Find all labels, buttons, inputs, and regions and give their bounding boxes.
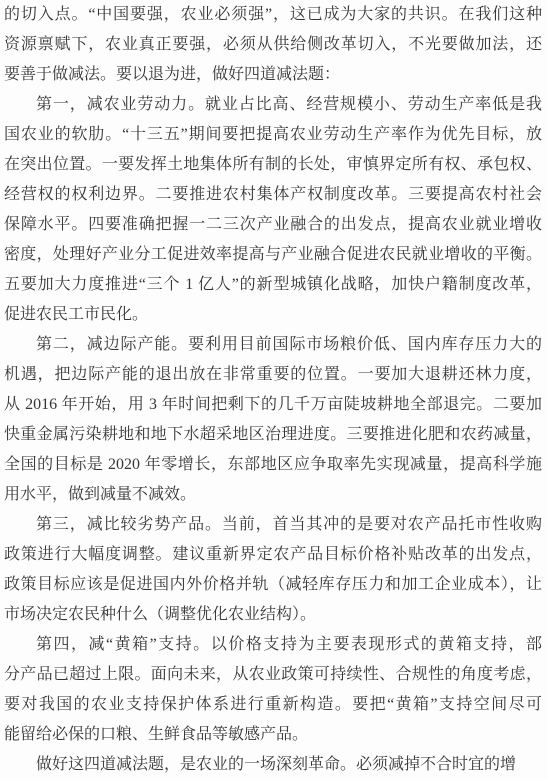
document-page: 的切入点。“中国要强，农业必须强”，这已成为大家的共识。在我们这种资源禀赋下，农… — [0, 0, 547, 781]
paragraph: 第三，减比较劣势产品。当前，首当其冲的是要对农产品托市性收购政策进行大幅度调整。… — [4, 510, 542, 630]
text-line: 能留给必保的口粮、生鲜食品等敏感产品。 — [4, 720, 542, 750]
paragraph: 第二，减边际产能。要利用目前国际市场粮价低、国内库存压力大的机遇，把边际产能的退… — [4, 330, 542, 510]
text-line: 政策目标应该是促进国内外价格并轨（减轻库存压力和加工企业成本），让 — [4, 570, 542, 600]
text-line: 做好这四道减法题，是农业的一场深刻革命。必须减掉不合时宜的增 — [4, 750, 542, 780]
text-line: 保障水平。四要准确把握一二三次产业融合的出发点，提高农业就业增收 — [4, 210, 542, 240]
text-line: 五要加大力度推进“三个 1 亿人”的新型城镇化战略，加快户籍制度改革， — [4, 270, 542, 300]
text-line: 政策进行大幅度调整。建议重新界定农产品目标价格补贴改革的出发点， — [4, 540, 542, 570]
text-line: 用水平，做到减量不减效。 — [4, 480, 542, 510]
text-line: 机遇，把边际产能的退出放在非常重要的位置。一要加大退耕还林力度， — [4, 360, 542, 390]
text-line: 的切入点。“中国要强，农业必须强”，这已成为大家的共识。在我们这种 — [4, 0, 542, 30]
paragraph: 第四，减“黄箱”支持。以价格支持为主要表现形式的黄箱支持，部分产品已超过上限。面… — [4, 630, 542, 750]
text-line: 密度，处理好产业分工促进效率提高与产业融合促进农民就业增收的平衡。 — [4, 240, 542, 270]
text-line: 资源禀赋下，农业真正要强，必须从供给侧改革切入，不光要做加法，还 — [4, 30, 542, 60]
text-line: 第四，减“黄箱”支持。以价格支持为主要表现形式的黄箱支持，部 — [4, 630, 542, 660]
text-line: 快重金属污染耕地和地下水超采地区治理进度。三要推进化肥和农药减量， — [4, 420, 542, 450]
text-line: 国农业的软肋。“十三五”期间要把提高农业劳动生产率作为优先目标，放 — [4, 120, 542, 150]
paragraph: 的切入点。“中国要强，农业必须强”，这已成为大家的共识。在我们这种资源禀赋下，农… — [4, 0, 542, 90]
text-line: 促进农民工市民化。 — [4, 300, 542, 330]
text-line: 分产品已超过上限。面向未来，从农业政策可持续性、合规性的角度考虑， — [4, 660, 542, 690]
text-line: 第二，减边际产能。要利用目前国际市场粮价低、国内库存压力大的 — [4, 330, 542, 360]
text-line: 从 2016 年开始，用 3 年时间把剩下的几千万亩陡坡耕地全部退完。二要加 — [4, 390, 542, 420]
text-line: 在突出位置。一要发挥土地集体所有制的长处，审慎界定所有权、承包权、 — [4, 150, 542, 180]
text-line: 全国的目标是 2020 年零增长，东部地区应争取率先实现减量，提高科学施 — [4, 450, 542, 480]
text-line: 经营权的权利边界。二要推进农村集体产权制度改革。三要提高农村社会 — [4, 180, 542, 210]
text-line: 要对我国的农业支持保护体系进行重新构造。要把“黄箱”支持空间尽可 — [4, 690, 542, 720]
paragraph: 第一，减农业劳动力。就业占比高、经营规模小、劳动生产率低是我国农业的软肋。“十三… — [4, 90, 542, 330]
text-line: 第三，减比较劣势产品。当前，首当其冲的是要对农产品托市性收购 — [4, 510, 542, 540]
text-line: 市场决定农民种什么（调整优化农业结构）。 — [4, 600, 542, 630]
text-line: 第一，减农业劳动力。就业占比高、经营规模小、劳动生产率低是我 — [4, 90, 542, 120]
text-line: 要善于做减法。要以退为进，做好四道减法题： — [4, 60, 542, 90]
paragraph: 做好这四道减法题，是农业的一场深刻革命。必须减掉不合时宜的增 — [4, 750, 542, 780]
